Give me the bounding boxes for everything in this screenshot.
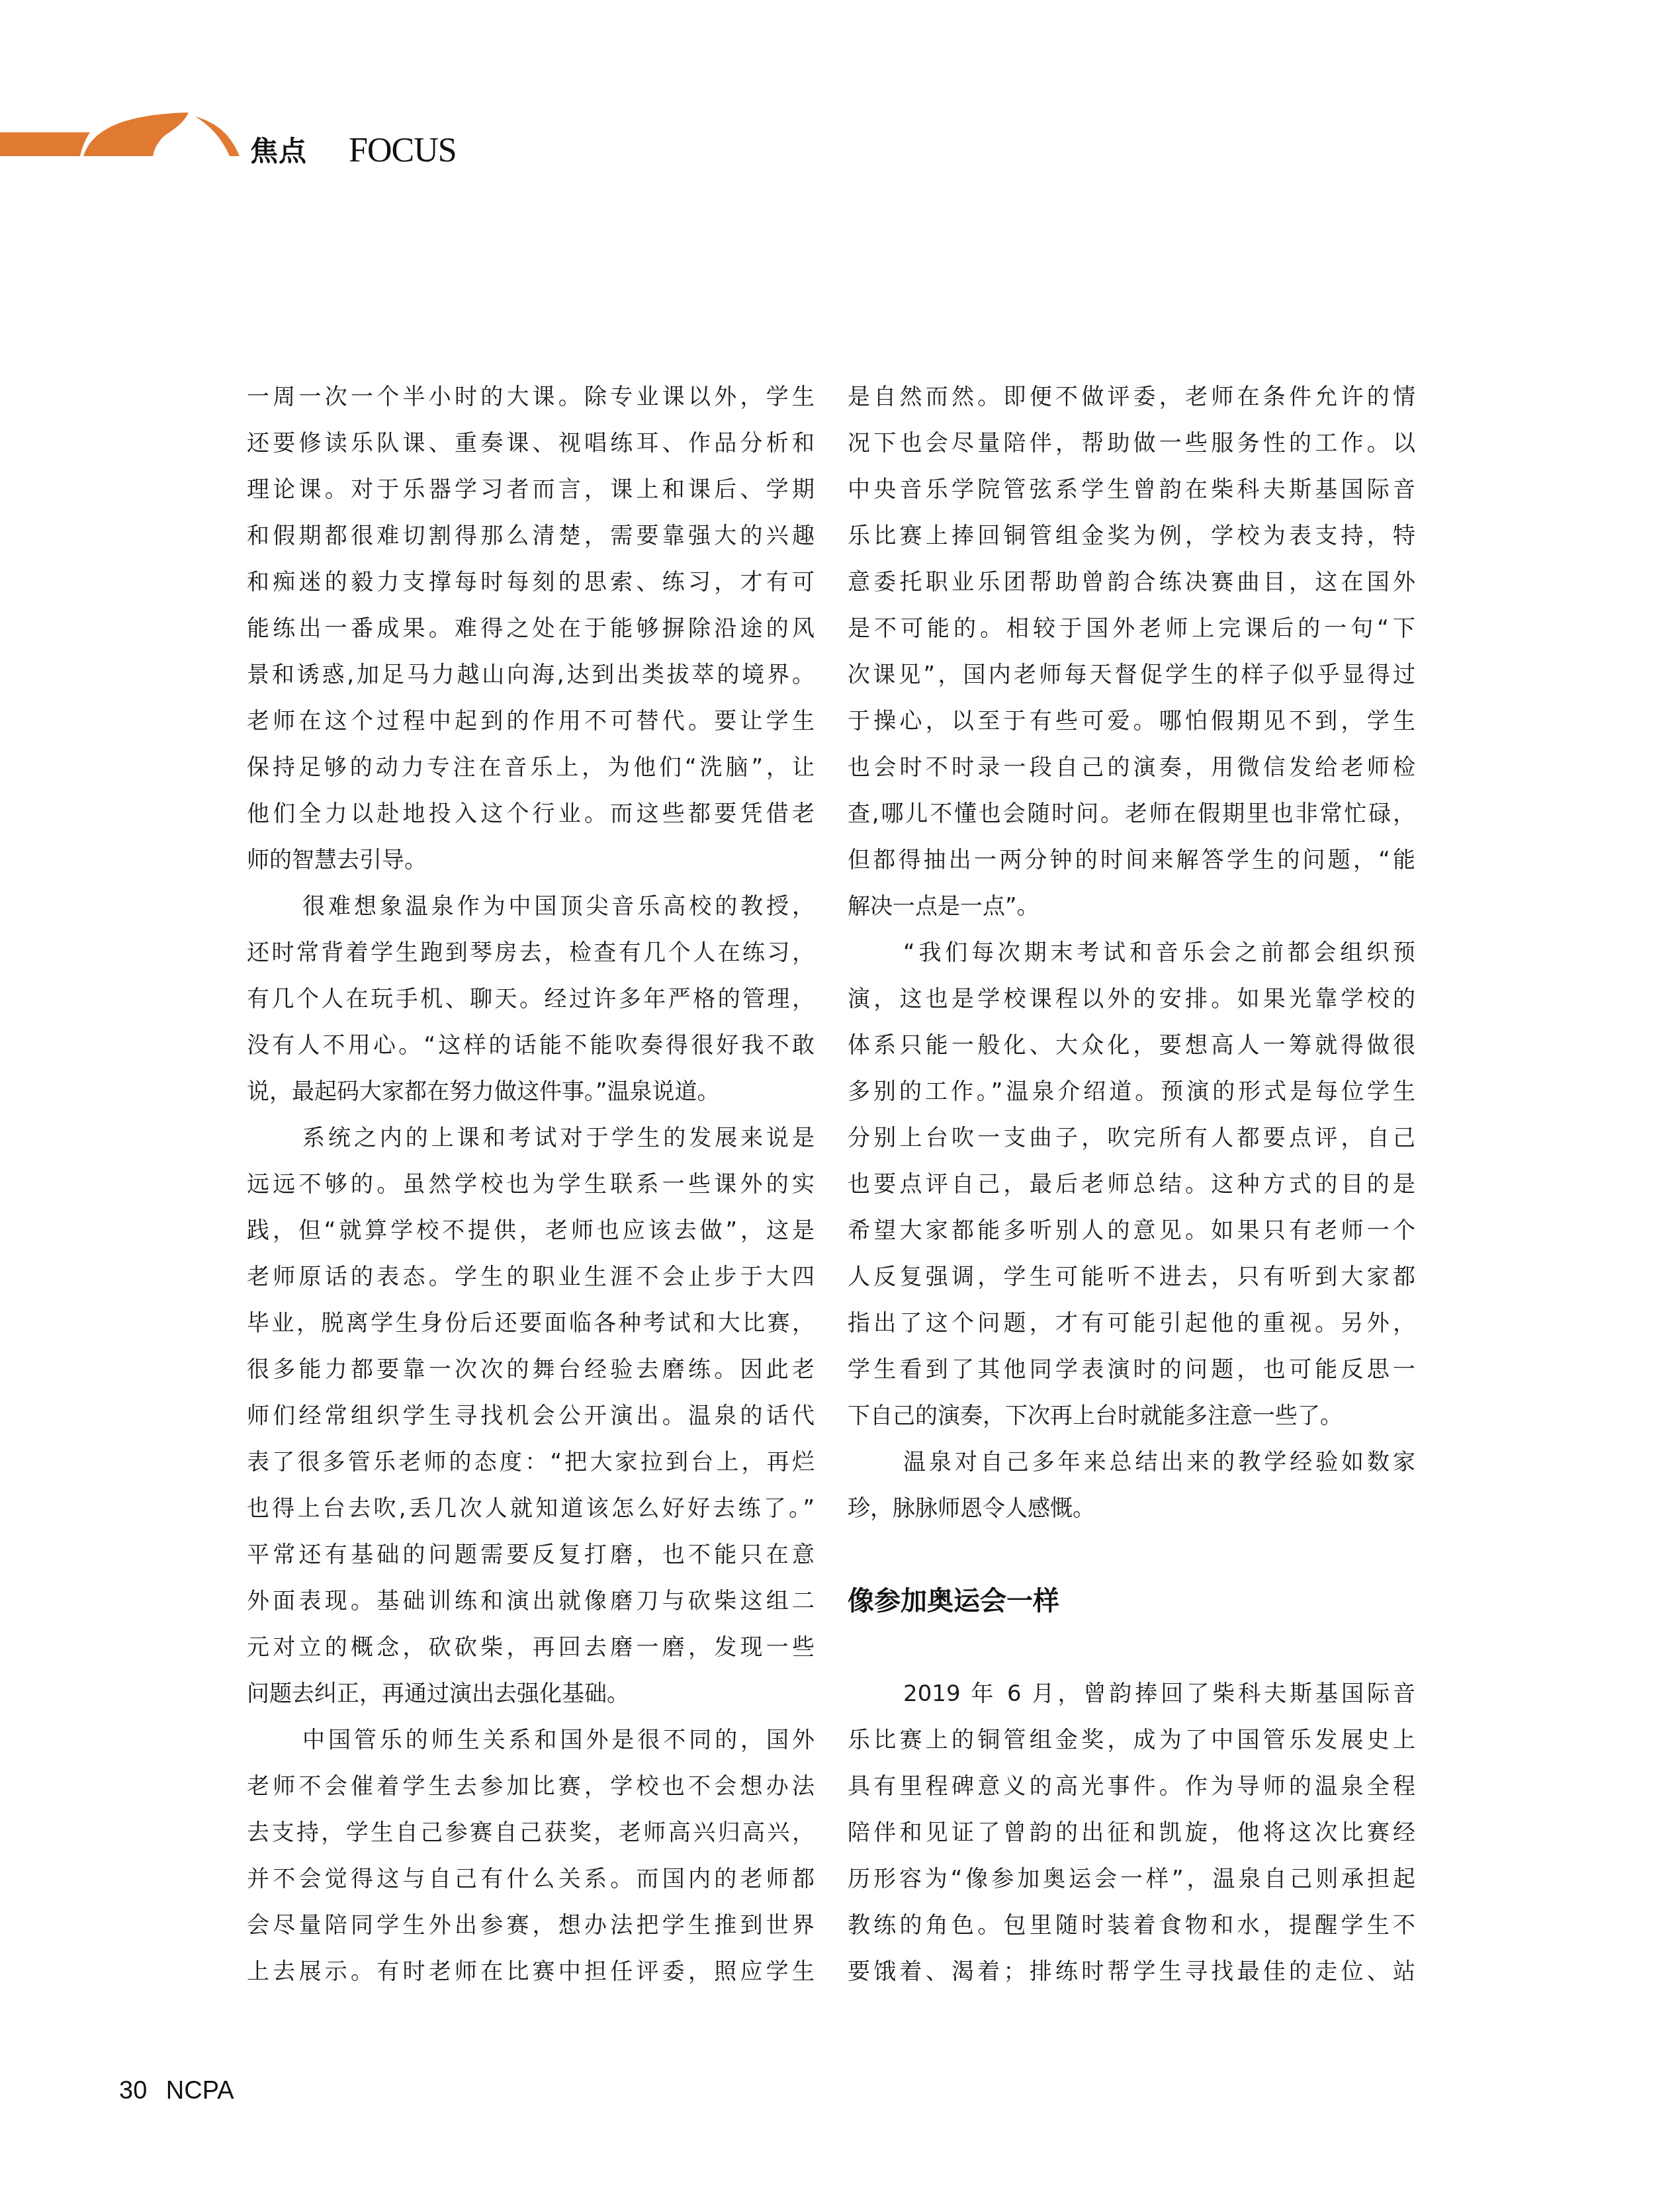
text-line: 践，但“就算学校不提供，老师也应该去做”，这是 xyxy=(247,1207,815,1254)
text-line: 师们经常组织学生寻找机会公开演出。温泉的话代 xyxy=(247,1393,815,1439)
text-line: 下自己的演奏，下次再上台时就能多注意一些了。 xyxy=(848,1393,1415,1439)
text-line: 也会时不时录一段自己的演奏，用微信发给老师检 xyxy=(848,744,1415,791)
text-line: 也得上台去吹,丢几次人就知道该怎么好好去练了。” xyxy=(247,1485,815,1532)
text-line: 是不可能的。相较于国外老师上完课后的一句“下 xyxy=(848,605,1415,652)
paragraph-first-line: 很难想象温泉作为中国顶尖音乐高校的教授， xyxy=(247,883,815,930)
article-column-left: 一周一次一个半小时的大课。除专业课以外，学生还要修读乐队课、重奏课、视唱练耳、作… xyxy=(247,374,815,1995)
text-line: 会尽量陪同学生外出参赛，想办法把学生推到世界 xyxy=(247,1902,815,1948)
page-number: 30 xyxy=(119,2077,147,2105)
text-line: 元对立的概念，砍砍柴，再回去磨一磨，发现一些 xyxy=(247,1624,815,1671)
section-heading: 像参加奥运会一样 xyxy=(848,1578,1415,1624)
section-title-cn: 焦点 xyxy=(250,135,307,168)
text-line: 师的智慧去引导。 xyxy=(247,837,815,883)
text-line: 况下也会尽量陪伴，帮助做一些服务性的工作。以 xyxy=(848,420,1415,466)
text-line: 演，这也是学校课程以外的安排。如果光靠学校的 xyxy=(848,976,1415,1022)
text-line: 具有里程碑意义的高光事件。作为导师的温泉全程 xyxy=(848,1763,1415,1810)
text-line: 人反复强调，学生可能听不进去，只有听到大家都 xyxy=(848,1254,1415,1300)
section-header: 焦点 FOCUS xyxy=(0,99,503,172)
text-line: 陪伴和见证了曾韵的出征和凯旋，他将这次比赛经 xyxy=(848,1810,1415,1856)
text-line: 学生看到了其他同学表演时的问题，也可能反思一 xyxy=(848,1346,1415,1393)
banner-bar xyxy=(0,132,90,156)
spacer xyxy=(848,1624,1415,1671)
text-line: 老师原话的表态。学生的职业生涯不会止步于大四 xyxy=(247,1254,815,1300)
text-line: 景和诱惑,加足马力越山向海,达到出类拔萃的境界。 xyxy=(247,652,815,698)
text-line: 还要修读乐队课、重奏课、视唱练耳、作品分析和 xyxy=(247,420,815,466)
page-footer: 30 NCPA xyxy=(119,2078,234,2104)
text-line: 分别上台吹一支曲子，吹完所有人都要点评，自己 xyxy=(848,1115,1415,1161)
paragraph-first-line: 温泉对自己多年来总结出来的教学经验如数家 xyxy=(848,1439,1415,1485)
text-line: 远远不够的。虽然学校也为学生联系一些课外的实 xyxy=(247,1161,815,1207)
article-column-right: 是自然而然。即便不做评委，老师在条件允许的情况下也会尽量陪伴，帮助做一些服务性的… xyxy=(848,374,1415,1995)
spacer xyxy=(848,1532,1415,1578)
text-line: 要饿着、渴着；排练时帮学生寻找最佳的走位、站 xyxy=(848,1948,1415,1995)
text-line: 去支持，学生自己参赛自己获奖，老师高兴归高兴， xyxy=(247,1810,815,1856)
section-title-en: FOCUS xyxy=(349,132,457,169)
paragraph-first-line: “我们每次期末考试和音乐会之前都会组织预 xyxy=(848,930,1415,976)
text-line: 表了很多管乐老师的态度：“把大家拉到台上，再烂 xyxy=(247,1439,815,1485)
banner-hump xyxy=(83,112,189,156)
text-line: 还时常背着学生跑到琴房去，检查有几个人在练习， xyxy=(247,930,815,976)
text-line: 历形容为“像参加奥运会一样”，温泉自己则承担起 xyxy=(848,1856,1415,1902)
text-line: 和假期都很难切割得那么清楚，需要靠强大的兴趣 xyxy=(247,513,815,559)
text-line: 于操心，以至于有些可爱。哪怕假期见不到，学生 xyxy=(848,698,1415,744)
text-line: 查,哪儿不懂也会随时问。老师在假期里也非常忙碌， xyxy=(848,791,1415,837)
text-line: 没有人不用心。“这样的话能不能吹奏得很好我不敢 xyxy=(247,1022,815,1069)
text-line: 有几个人在玩手机、聊天。经过许多年严格的管理， xyxy=(247,976,815,1022)
text-line: 他们全力以赴地投入这个行业。而这些都要凭借老 xyxy=(247,791,815,837)
paragraph-first-line: 2019 年 6 月，曾韵捧回了柴科夫斯基国际音 xyxy=(848,1671,1415,1717)
text-line: 解决一点是一点”。 xyxy=(848,883,1415,930)
paragraph-first-line: 中国管乐的师生关系和国外是很不同的，国外 xyxy=(247,1717,815,1763)
text-line: 老师在这个过程中起到的作用不可替代。要让学生 xyxy=(247,698,815,744)
text-line: 很多能力都要靠一次次的舞台经验去磨练。因此老 xyxy=(247,1346,815,1393)
text-line: 乐比赛上捧回铜管组金奖为例，学校为表支持，特 xyxy=(848,513,1415,559)
text-line: 希望大家都能多听别人的意见。如果只有老师一个 xyxy=(848,1207,1415,1254)
text-line: 教练的角色。包里随时装着食物和水，提醒学生不 xyxy=(848,1902,1415,1948)
text-line: 是自然而然。即便不做评委，老师在条件允许的情 xyxy=(848,374,1415,420)
text-line: 乐比赛上的铜管组金奖，成为了中国管乐发展史上 xyxy=(848,1717,1415,1763)
text-line: 也要点评自己，最后老师总结。这种方式的目的是 xyxy=(848,1161,1415,1207)
text-line: 一周一次一个半小时的大课。除专业课以外，学生 xyxy=(247,374,815,420)
text-line: 毕业，脱离学生身份后还要面临各种考试和大比赛， xyxy=(247,1300,815,1346)
text-line: 次课见”，国内老师每天督促学生的样子似乎显得过 xyxy=(848,652,1415,698)
text-line: 体系只能一般化、大众化，要想高人一筹就得做很 xyxy=(848,1022,1415,1069)
text-line: 和痴迷的毅力支撑每时每刻的思索、练习，才有可 xyxy=(247,559,815,605)
text-line: 但都得抽出一两分钟的时间来解答学生的问题，“能 xyxy=(848,837,1415,883)
text-line: 平常还有基础的问题需要反复打磨，也不能只在意 xyxy=(247,1532,815,1578)
text-line: 意委托职业乐团帮助曾韵合练决赛曲目，这在国外 xyxy=(848,559,1415,605)
paragraph-first-line: 系统之内的上课和考试对于学生的发展来说是 xyxy=(247,1115,815,1161)
text-line: 上去展示。有时老师在比赛中担任评委，照应学生 xyxy=(247,1948,815,1995)
text-line: 指出了这个问题，才有可能引起他的重视。另外， xyxy=(848,1300,1415,1346)
text-line: 说，最起码大家都在努力做这件事。”温泉说道。 xyxy=(247,1069,815,1115)
text-line: 多别的工作。”温泉介绍道。预演的形式是每位学生 xyxy=(848,1069,1415,1115)
text-line: 中央音乐学院管弦系学生曾韵在柴科夫斯基国际音 xyxy=(848,466,1415,513)
text-line: 外面表现。基础训练和演出就像磨刀与砍柴这组二 xyxy=(247,1578,815,1624)
text-line: 保持足够的动力专注在音乐上，为他们“洗脑”，让 xyxy=(247,744,815,791)
text-line: 理论课。对于乐器学习者而言，课上和课后、学期 xyxy=(247,466,815,513)
text-line: 珍，脉脉师恩令人感慨。 xyxy=(848,1485,1415,1532)
publication-name: NCPA xyxy=(166,2077,234,2105)
text-line: 能练出一番成果。难得之处在于能够摒除沿途的风 xyxy=(247,605,815,652)
banner-arc xyxy=(195,116,240,156)
text-line: 并不会觉得这与自己有什么关系。而国内的老师都 xyxy=(247,1856,815,1902)
text-line: 问题去纠正，再通过演出去强化基础。 xyxy=(247,1671,815,1717)
text-line: 老师不会催着学生去参加比赛，学校也不会想办法 xyxy=(247,1763,815,1810)
